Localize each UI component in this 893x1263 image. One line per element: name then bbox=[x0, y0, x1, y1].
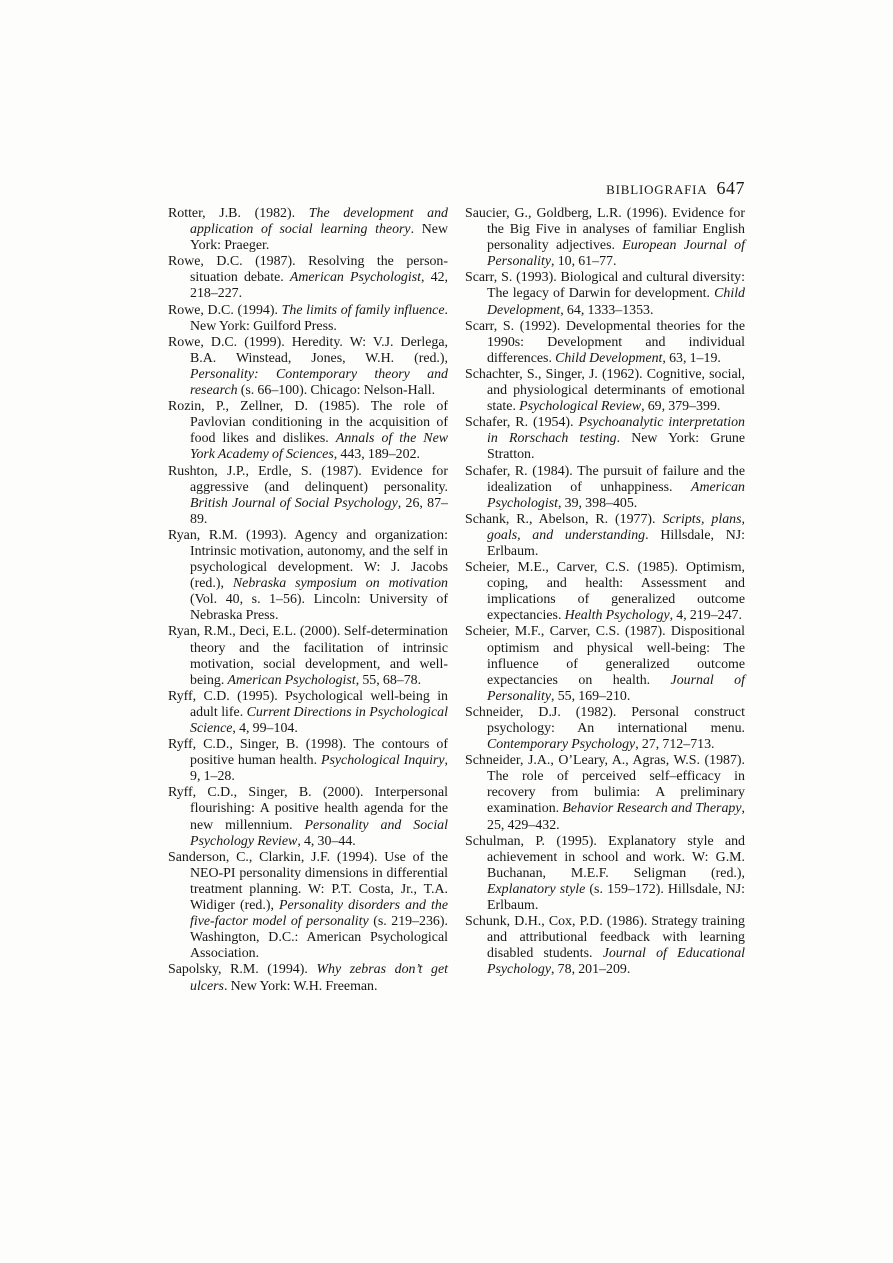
reference-entry: Scheier, M.E., Carver, C.S. (1985). Opti… bbox=[465, 560, 745, 624]
reference-columns: Rotter, J.B. (1982). The development and… bbox=[168, 206, 745, 995]
reference-entry: Sapolsky, R.M. (1994). Why zebras don’t … bbox=[168, 962, 448, 994]
reference-entry: Rowe, D.C. (1999). Heredity. W: V.J. Der… bbox=[168, 335, 448, 399]
reference-entry: Rowe, D.C. (1994). The limits of family … bbox=[168, 303, 448, 335]
section-title: BIBLIOGRAFIA bbox=[606, 182, 707, 198]
reference-entry: Ryff, C.D. (1995). Psychological well-be… bbox=[168, 689, 448, 737]
reference-entry: Scheier, M.F., Carver, C.S. (1987). Disp… bbox=[465, 624, 745, 704]
reference-entry: Ryff, C.D., Singer, B. (2000). Interpers… bbox=[168, 785, 448, 849]
reference-entry: Schank, R., Abelson, R. (1977). Scripts,… bbox=[465, 512, 745, 560]
reference-entry: Schneider, J.A., O’Leary, A., Agras, W.S… bbox=[465, 753, 745, 833]
column-right: Saucier, G., Goldberg, L.R. (1996). Evid… bbox=[465, 206, 745, 995]
reference-entry: Rowe, D.C. (1987). Resolving the person-… bbox=[168, 254, 448, 302]
reference-entry: Schunk, D.H., Cox, P.D. (1986). Strategy… bbox=[465, 914, 745, 978]
reference-entry: Saucier, G., Goldberg, L.R. (1996). Evid… bbox=[465, 206, 745, 270]
reference-entry: Schulman, P. (1995). Explanatory style a… bbox=[465, 834, 745, 914]
reference-entry: Schachter, S., Singer, J. (1962). Cognit… bbox=[465, 367, 745, 415]
reference-entry: Rotter, J.B. (1982). The development and… bbox=[168, 206, 448, 254]
page-number: 647 bbox=[717, 178, 746, 199]
column-left: Rotter, J.B. (1982). The development and… bbox=[168, 206, 448, 995]
running-head: BIBLIOGRAFIA 647 bbox=[606, 178, 745, 199]
reference-entry: Rushton, J.P., Erdle, S. (1987). Evidenc… bbox=[168, 464, 448, 528]
reference-entry: Schneider, D.J. (1982). Personal constru… bbox=[465, 705, 745, 753]
reference-entry: Scarr, S. (1993). Biological and cultura… bbox=[465, 270, 745, 318]
bibliography-page: BIBLIOGRAFIA 647 Rotter, J.B. (1982). Th… bbox=[0, 0, 893, 1263]
reference-entry: Ryan, R.M., Deci, E.L. (2000). Self-dete… bbox=[168, 624, 448, 688]
reference-entry: Ryan, R.M. (1993). Agency and organizati… bbox=[168, 528, 448, 625]
reference-entry: Rozin, P., Zellner, D. (1985). The role … bbox=[168, 399, 448, 463]
reference-entry: Ryff, C.D., Singer, B. (1998). The conto… bbox=[168, 737, 448, 785]
reference-entry: Schafer, R. (1954). Psychoanalytic inter… bbox=[465, 415, 745, 463]
reference-entry: Schafer, R. (1984). The pursuit of failu… bbox=[465, 464, 745, 512]
reference-entry: Scarr, S. (1992). Developmental theories… bbox=[465, 319, 745, 367]
reference-entry: Sanderson, C., Clarkin, J.F. (1994). Use… bbox=[168, 850, 448, 963]
